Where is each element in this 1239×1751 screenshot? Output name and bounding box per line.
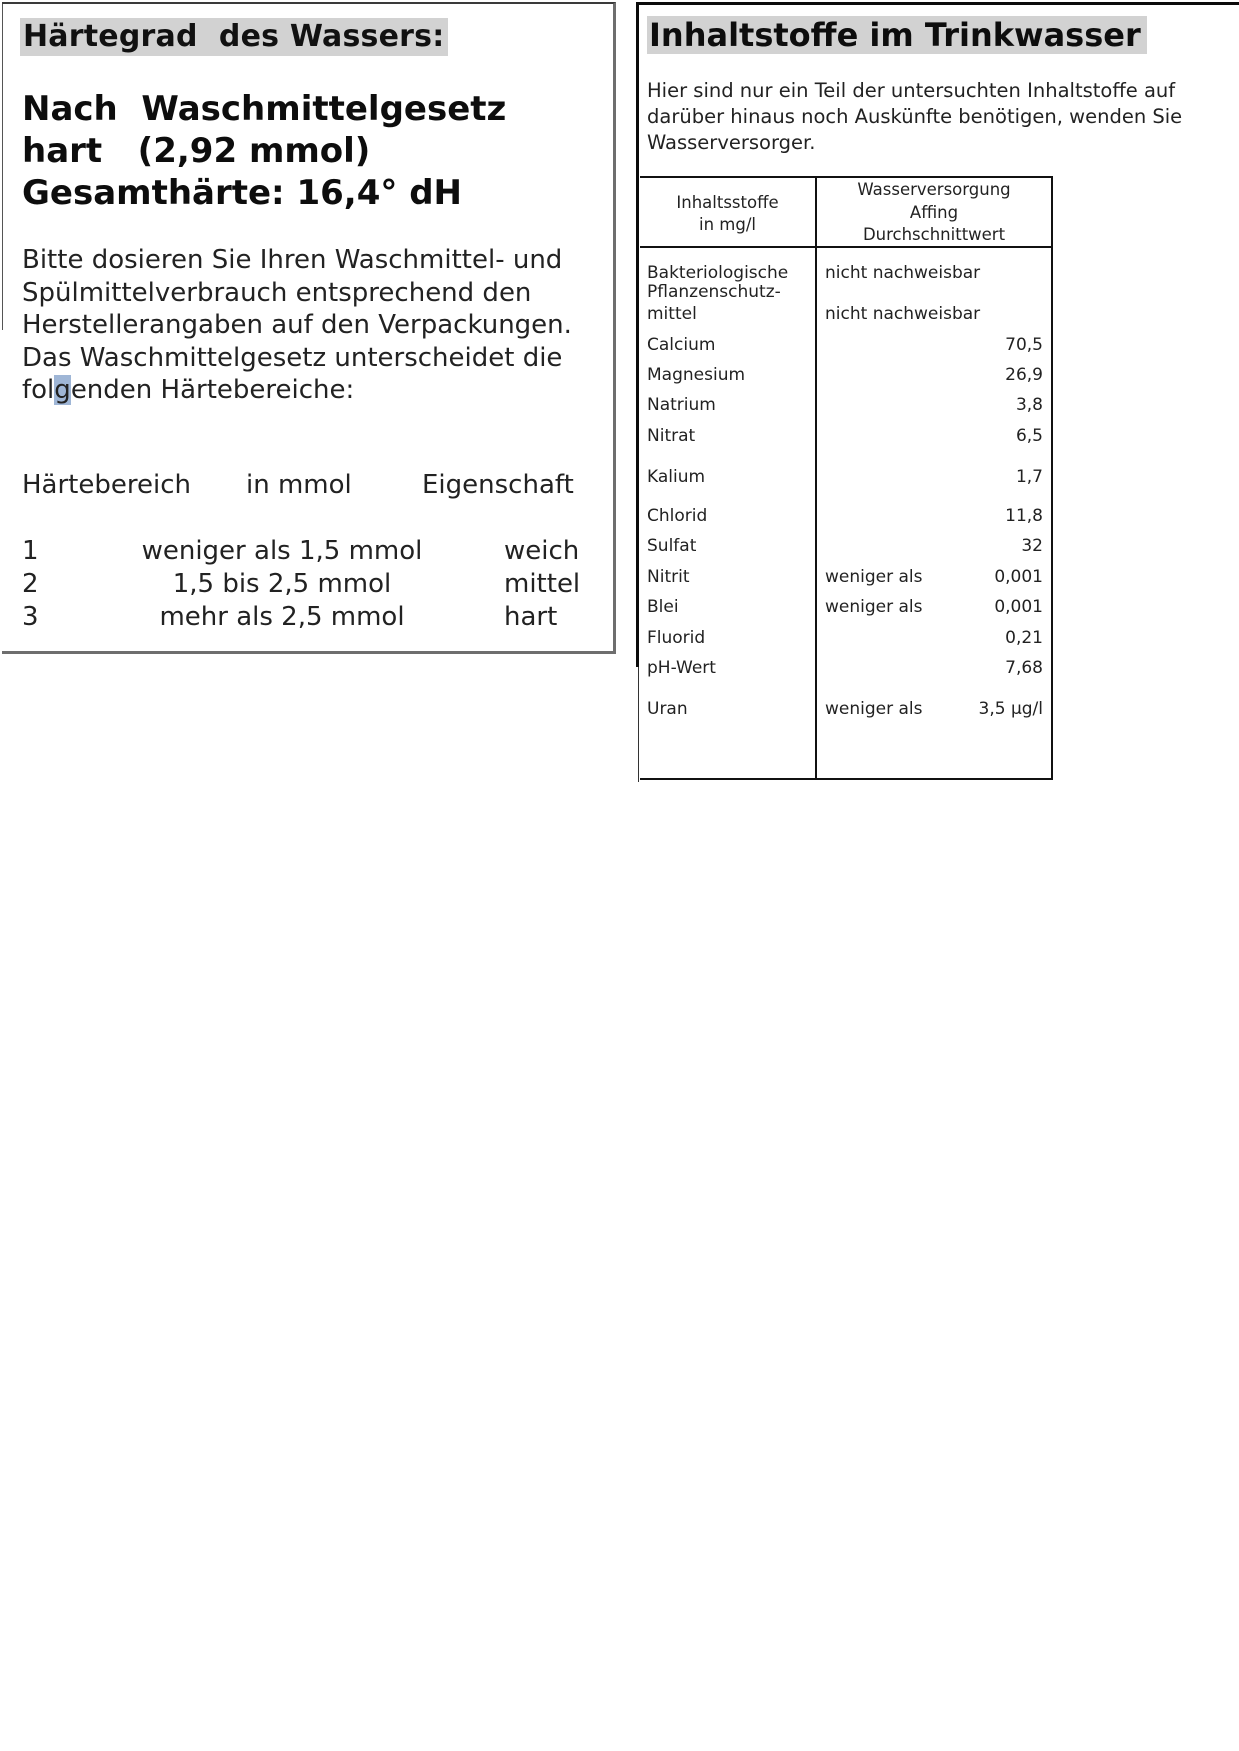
- ingredient-name: Pflanzenschutz-: [647, 281, 781, 303]
- ingredient-name: Fluorid: [647, 627, 705, 649]
- panel-left-border: [636, 2, 639, 667]
- range-number: 1: [22, 536, 39, 566]
- header-supplier-average: Wasserversorgung Affing Durchschnittwert: [817, 179, 1051, 247]
- table-row: Nitritweniger als0,001: [640, 566, 1051, 590]
- ingredient-value: 26,9: [1005, 364, 1043, 386]
- ingredient-name: Nitrit: [647, 566, 689, 588]
- header-ingredient-unit: in mg/l: [640, 214, 815, 236]
- table-row: Natrium3,8: [640, 394, 1051, 418]
- ingredient-name: Sulfat: [647, 535, 696, 557]
- intro-line: Hier sind nur ein Teil der untersuchten …: [647, 78, 1239, 104]
- hardness-ranges-table: Härtebereich in mmol Eigenschaft 1 wenig…: [22, 470, 582, 504]
- hardness-panel: Härtegrad des Wassers: Nach Waschmittelg…: [2, 2, 616, 654]
- range-mmol: mehr als 2,5 mmol: [132, 602, 432, 632]
- text-selection: g: [54, 375, 71, 405]
- header-ingredient: Inhaltsstoffe in mg/l: [640, 192, 815, 236]
- header-supplier: Wasserversorgung: [817, 179, 1051, 202]
- range-property: hart: [504, 602, 557, 632]
- ingredient-name: Chlorid: [647, 505, 707, 527]
- header-location: Affing: [817, 202, 1051, 225]
- header-ingredient-line: Inhaltsstoffe: [640, 192, 815, 214]
- table-row: Pflanzenschutz-: [640, 281, 1051, 305]
- ingredient-name: Calcium: [647, 334, 715, 356]
- ingredient-name: Uran: [647, 698, 688, 720]
- description-line: Bitte dosieren Sie Ihren Waschmittel- un…: [22, 244, 612, 277]
- ingredient-qualifier: nicht nachweisbar: [825, 303, 980, 325]
- table-row: pH-Wert7,68: [640, 657, 1051, 681]
- panel-top-border: [636, 2, 1239, 5]
- range-property: weich: [504, 536, 579, 566]
- status-line-total-hardness: Gesamthärte: 16,4° dH: [22, 172, 506, 214]
- ingredient-name: Kalium: [647, 466, 705, 488]
- ingredients-table: Inhaltsstoffe in mg/l Wasserversorgung A…: [640, 176, 1053, 780]
- header-mmol: in mmol: [246, 470, 352, 500]
- ingredient-value: 1,7: [1016, 466, 1043, 488]
- ingredient-qualifier: weniger als: [825, 566, 923, 588]
- panel-left-border-thin: [638, 667, 639, 782]
- ingredients-intro: Hier sind nur ein Teil der untersuchten …: [647, 78, 1239, 156]
- ingredient-name: mittel: [647, 303, 697, 325]
- table-row: Nitrat6,5: [640, 425, 1051, 449]
- hardness-status: Nach Waschmittelgesetz hart (2,92 mmol) …: [22, 88, 506, 214]
- ingredient-name: Magnesium: [647, 364, 745, 386]
- hardness-description: Bitte dosieren Sie Ihren Waschmittel- un…: [22, 244, 612, 407]
- ingredients-panel: Inhaltstoffe im Trinkwasser Hier sind nu…: [636, 2, 1239, 782]
- ingredient-name: Nitrat: [647, 425, 695, 447]
- range-mmol: weniger als 1,5 mmol: [132, 536, 432, 566]
- intro-line: Wasserversorger.: [647, 130, 1239, 156]
- description-line: folgenden Härtebereiche:: [22, 374, 612, 407]
- header-average: Durchschnittwert: [817, 224, 1051, 247]
- table-row: Sulfat32: [640, 535, 1051, 559]
- description-line: Das Waschmittelgesetz unterscheidet die: [22, 342, 612, 375]
- table-row: Magnesium26,9: [640, 364, 1051, 388]
- ingredient-name: Blei: [647, 596, 679, 618]
- ingredient-value: 0,001: [994, 566, 1043, 588]
- header-hardness-range: Härtebereich: [22, 470, 191, 500]
- range-number: 2: [22, 569, 39, 599]
- header-property: Eigenschaft: [422, 470, 574, 500]
- ingredient-value: 11,8: [1005, 505, 1043, 527]
- status-line-law: Nach Waschmittelgesetz: [22, 88, 506, 130]
- intro-line: darüber hinaus noch Auskünfte benötigen,…: [647, 104, 1239, 130]
- description-line: Herstellerangaben auf den Verpackungen.: [22, 309, 612, 342]
- hardness-row: 3 mehr als 2,5 mmol hart: [22, 602, 582, 635]
- ingredient-name: pH-Wert: [647, 657, 716, 679]
- ingredient-value: 3,8: [1016, 394, 1043, 416]
- ingredient-value: 3,5 µg/l: [979, 698, 1044, 720]
- ingredients-title: Inhaltstoffe im Trinkwasser: [647, 16, 1147, 54]
- ingredient-qualifier: weniger als: [825, 698, 923, 720]
- hardness-row: 2 1,5 bis 2,5 mmol mittel: [22, 569, 582, 602]
- ingredient-value: 7,68: [1005, 657, 1043, 679]
- range-property: mittel: [504, 569, 580, 599]
- description-line: Spülmittelverbrauch entsprechend den: [22, 277, 612, 310]
- ingredient-name: Natrium: [647, 394, 716, 416]
- table-row: Fluorid0,21: [640, 627, 1051, 651]
- hardness-title: Härtegrad des Wassers:: [20, 18, 448, 56]
- status-line-classification: hart (2,92 mmol): [22, 130, 506, 172]
- ingredient-value: 70,5: [1005, 334, 1043, 356]
- range-number: 3: [22, 602, 39, 632]
- ingredient-value: 32: [1021, 535, 1043, 557]
- table-row: mittelnicht nachweisbar: [640, 303, 1051, 327]
- ingredient-value: 0,001: [994, 596, 1043, 618]
- table-row: Chlorid11,8: [640, 505, 1051, 529]
- table-row: Uranweniger als3,5 µg/l: [640, 698, 1051, 722]
- range-mmol: 1,5 bis 2,5 mmol: [132, 569, 432, 599]
- table-row: Calcium70,5: [640, 334, 1051, 358]
- ingredient-qualifier: weniger als: [825, 596, 923, 618]
- table-row: Kalium1,7: [640, 466, 1051, 490]
- panel-left-border: [2, 4, 3, 330]
- ingredient-value: 6,5: [1016, 425, 1043, 447]
- hardness-table-header: Härtebereich in mmol Eigenschaft: [22, 470, 582, 504]
- table-row: Bleiweniger als0,001: [640, 596, 1051, 620]
- ingredient-value: 0,21: [1005, 627, 1043, 649]
- hardness-row: 1 weniger als 1,5 mmol weich: [22, 536, 582, 569]
